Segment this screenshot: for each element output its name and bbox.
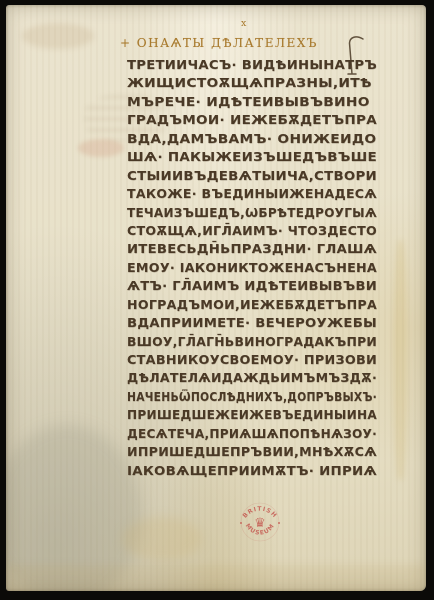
text-line: ТАКОЖЕ· ВЪЕДИНЫИЖЕНАДЕСѦ: [127, 185, 377, 203]
text-line: ПРИШЕДШЕЖЕИЖЕВЪЕДИНЫИНА: [127, 406, 377, 424]
parchment-page: х +ОНАѦТЫ ДѢЛАТЕЛЕХЪ ТРЕТИИЧАСЪ· ВИДѢИНЫ…: [6, 5, 426, 591]
text-line: ТЕЧАИЗЪШЕДЪ,ѠБРѢТЕДРОУГЫѦ: [127, 204, 377, 222]
text-line: ДЕСѦТЕЧА,ПРИѦШѦПОПѢНѦЗОУ·: [127, 425, 377, 443]
text-line: СТОѪЩѦ,ИГЛ̄АИМЪ· ЧТОЗДЕСТО: [127, 222, 377, 240]
text-line: ВШОУ,ГЛ̄АГН̄ЬВИНОГРАДАКЪПРИ: [127, 333, 377, 351]
rubric-title: +ОНАѦТЫ ДѢЛАТЕЛЕХЪ: [120, 35, 318, 53]
stain-bottom-center: [122, 517, 202, 561]
stain-bottom-band: [6, 565, 426, 591]
text-line: ТРЕТИИЧАСЪ· ВИДѢИНЫНАТРЪ: [127, 56, 377, 74]
text-line: ВДА,ДАМЪВАМЪ· ОНИЖЕИДО: [127, 130, 377, 148]
text-line: ДѢЛАТЕЛѦИДАЖДЬИМЪМЪЗДѪ·: [127, 369, 377, 387]
text-line: СТАВНИКОУСВОЕМОУ· ПРИЗОВИ: [127, 351, 377, 369]
stamp-left-dot: [240, 522, 242, 524]
stain-top-left: [22, 23, 94, 49]
stamp-right-dot: [278, 522, 280, 524]
rubric-cross-mark: +: [120, 35, 130, 50]
rubric-title-text: ОНАѦТЫ ДѢЛАТЕЛЕХЪ: [137, 35, 318, 50]
text-line: ЖИЩИСТОѪЩѦПРАЗНЫ,ИТѢ: [127, 74, 377, 92]
text-line: СТЫИИВЪДЕВѦТЫИЧА,СТВОРИ: [127, 167, 377, 185]
stain-gray-corner: [6, 425, 142, 591]
text-line: НАЧЕНЬѾПОСЛѢДНИХЪ,ДОПРЪВЫХЪ·: [127, 388, 377, 406]
text-line: ІАКОВѦЩЕПРИИМѪТЪ· ИПРИѦ: [127, 462, 377, 480]
text-line: ѦТЪ· ГЛ̄АИМЪ ИДѢТЕИВЫВЪВИ: [127, 277, 377, 295]
faint-red-mark: [78, 139, 124, 157]
text-line: ВДАПРИИМЕТЕ· ВЕЧЕРОУЖЕБЫ: [127, 314, 377, 332]
text-line: ИПРИШЕДШЕПРЪВИИ,МНѢХѪСѦ: [127, 443, 377, 461]
text-line: ЕМОУ· ІАКОНИКТОЖЕНАСЪНЕНА: [127, 259, 377, 277]
text-line: ШѦ· ПАКЫЖЕИЗЪШЕДЪВЪШЕ: [127, 148, 377, 166]
header-superscript-letter: х: [241, 18, 246, 29]
text-line: ИТЕВЕСЬДН̄ЬПРАЗДНИ· ГЛАШѦ: [127, 240, 377, 258]
text-line: МЪРЕЧЕ· ИДѢТЕИВЫВЪВИНО: [127, 93, 377, 111]
text-line: НОГРАДЪМОИ,ИЕЖЕБѪДЕТЪПРА: [127, 296, 377, 314]
british-museum-stamp: BRITISH MUSEUM ♛: [234, 496, 286, 548]
manuscript-text-block: ТРЕТИИЧАСЪ· ВИДѢИНЫНАТРЪ ЖИЩИСТОѪЩѦПРАЗН…: [127, 56, 377, 480]
manuscript-photo: х +ОНАѦТЫ ДѢЛАТЕЛЕХЪ ТРЕТИИЧАСЪ· ВИДѢИНЫ…: [0, 0, 434, 600]
text-line: ГРАДЪМОИ· ИЕЖЕБѪДЕТЪПРА: [127, 111, 377, 129]
stain-right-streak: [394, 240, 407, 480]
crown-icon: ♛: [254, 516, 266, 531]
